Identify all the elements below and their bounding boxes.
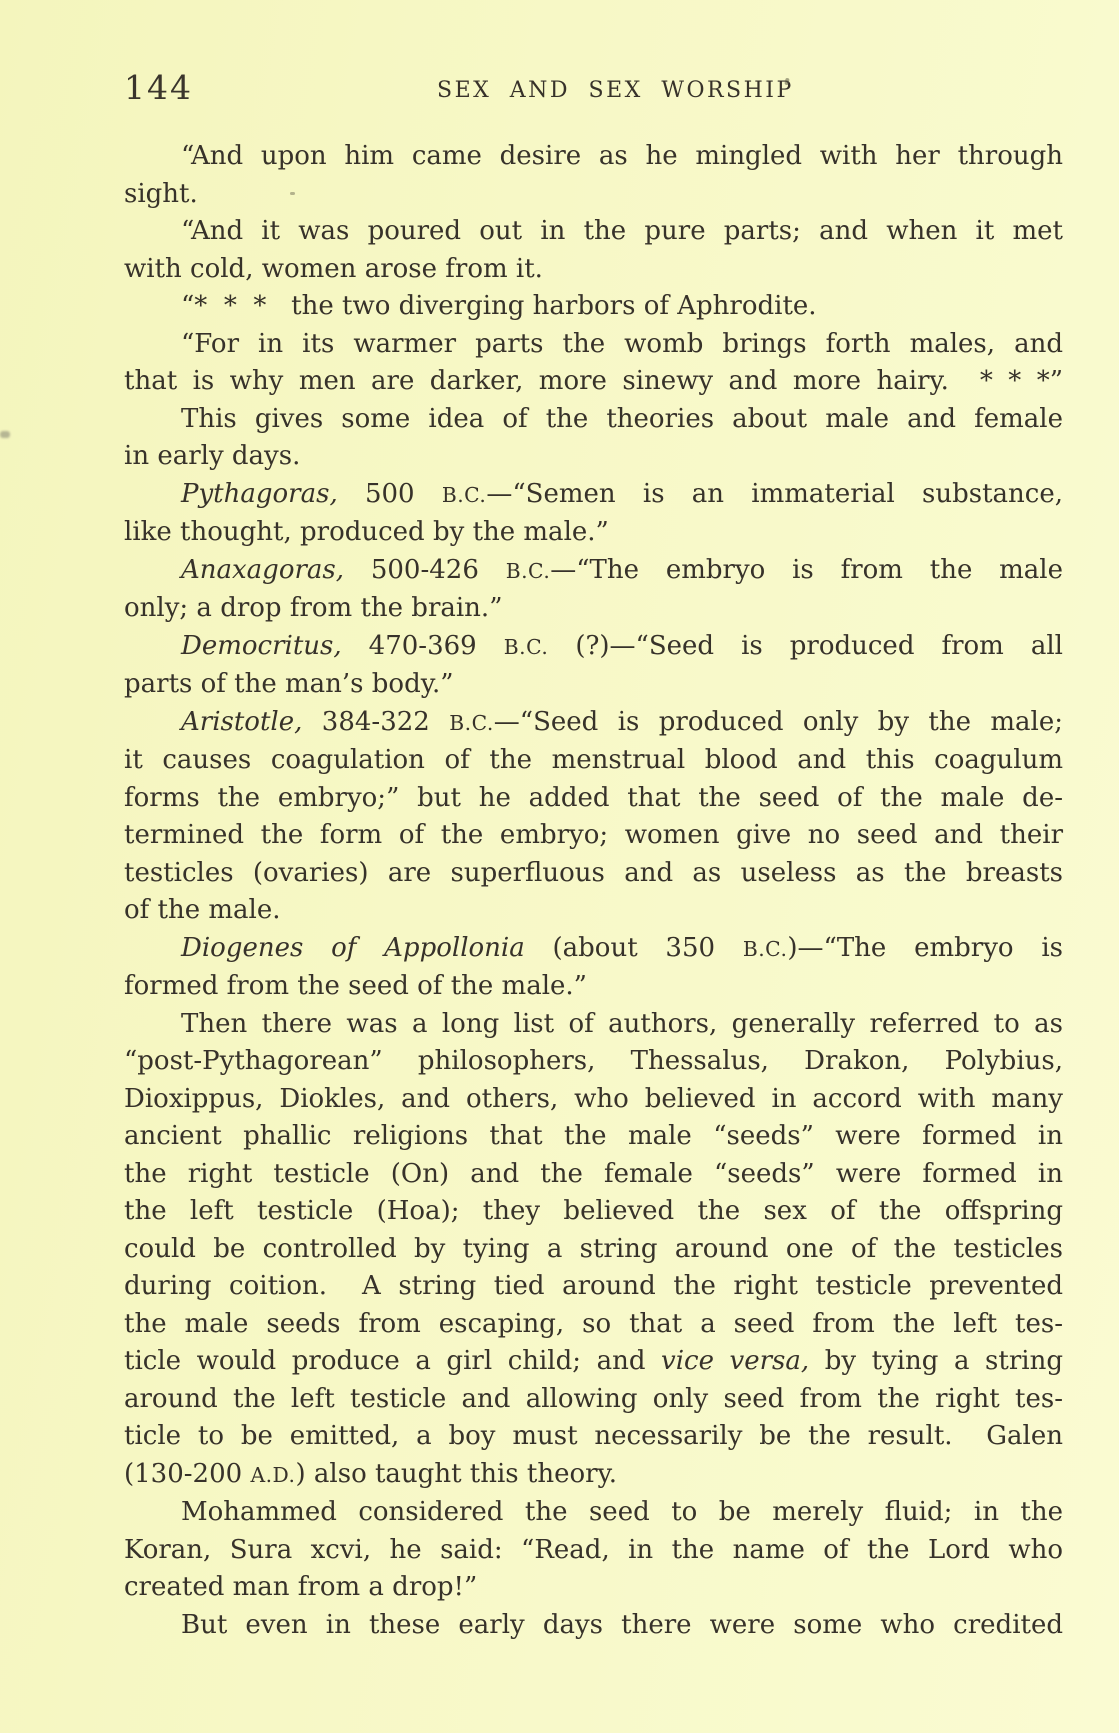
smallcaps-text: B.C. [743,937,788,961]
text-segment: during coition. A string tied around the… [124,1271,1063,1301]
text-line: it causes coagulation of the menstrual b… [124,742,1063,780]
text-segment: ticle to be emitted, a boy must necessar… [124,1421,1063,1451]
text-line: only; a drop from the brain.” [124,590,1063,628]
paragraph: Anaxagoras, 500-426 B.C.—“The embryo is … [124,552,1063,628]
text-segment: —“Seed is produced only by the male; [494,707,1063,737]
italic-text: Aristotle, [181,707,302,737]
smallcaps-text: B.C. [504,635,549,659]
text-segment: only; a drop from the brain.” [124,593,503,623]
text-segment: forms the embryo;” but he added that the… [124,783,1063,813]
smallcaps-text: A.D. [250,1463,295,1487]
running-header: SEX AND SEX WORSHIP [437,80,794,102]
text-line: of the male. [124,892,1063,930]
italic-text: vice versa, [661,1346,809,1376]
text-segment: like thought, produced by the male.” [124,517,609,547]
page-text: “And upon him came desire as he mingled … [124,138,1063,1644]
text-line: “* * * the two diverging harbors of Aphr… [124,288,1063,326]
paragraph: “And upon him came desire as he mingled … [124,138,1063,213]
italic-text: Democritus, [181,631,342,661]
paragraph: Diogenes of Appollonia (about 350 B.C.)—… [124,930,1063,1006]
text-line: ticle to be emitted, a boy must necessar… [124,1418,1063,1456]
text-segment: termined the form of the embryo; women g… [124,820,1063,850]
text-segment: formed from the seed of the male.” [124,971,587,1001]
text-segment: ancient phallic religions that the male … [124,1121,1063,1151]
text-segment: the right testicle (On) and the female “… [124,1159,1063,1189]
text-segment: with cold, women arose from it. [124,254,543,284]
text-segment: (130-200 [124,1459,250,1489]
text-segment: “For in its warmer parts the womb brings… [181,329,1063,359]
text-line: could be controlled by tying a string ar… [124,1231,1063,1269]
text-segment: This gives some idea of the theories abo… [181,404,1063,434]
text-segment: Koran, Sura xcvi, he said: “Read, in the… [124,1535,1063,1565]
text-segment: —“Semen is an immaterial substance, [486,479,1063,509]
text-line: Aristotle, 384-322 B.C.—“Seed is produce… [124,704,1063,743]
paragraph: Aristotle, 384-322 B.C.—“Seed is produce… [124,704,1063,930]
text-line: testicles (ovaries) are superfluous and … [124,855,1063,893]
text-segment: of the male. [124,895,281,925]
text-segment: —“The embryo is from the male [550,555,1063,585]
text-line: Dioxippus, Diokles, and others, who beli… [124,1081,1063,1119]
scan-speck [290,192,295,195]
text-line: “post-Pythagorean” philosophers, Thessal… [124,1043,1063,1081]
text-line: the left testicle (Hoa); they believed t… [124,1193,1063,1231]
paragraph: But even in these early days there were … [124,1607,1063,1645]
paragraph: “For in its warmer parts the womb brings… [124,326,1063,401]
text-segment: that is why men are darker, more sinewy … [124,366,1063,396]
text-line: Koran, Sura xcvi, he said: “Read, in the… [124,1532,1063,1570]
text-segment: parts of the man’s body.” [124,669,454,699]
text-segment: ticle would produce a girl child; and [124,1346,661,1376]
paragraph: “And it was poured out in the pure parts… [124,213,1063,288]
text-segment: Dioxippus, Diokles, and others, who beli… [124,1084,1063,1114]
text-line: Then there was a long list of authors, g… [124,1006,1063,1044]
text-line: (130-200 A.D.) also taught this theory. [124,1456,1063,1495]
smallcaps-text: B.C. [442,483,487,507]
paragraph: Democritus, 470-369 B.C. (?)—“Seed is pr… [124,628,1063,704]
text-segment: the left testicle (Hoa); they believed t… [124,1196,1063,1226]
text-segment: )—“The embryo is [787,933,1063,963]
text-segment: “And upon him came desire as he mingled … [181,141,1063,171]
text-segment: the male seeds from escaping, so that a … [124,1309,1063,1339]
text-segment: testicles (ovaries) are superfluous and … [124,858,1063,888]
text-line: Anaxagoras, 500-426 B.C.—“The embryo is … [124,552,1063,591]
text-segment: Mohammed considered the seed to be merel… [181,1497,1063,1527]
page-number: 144 [124,71,193,104]
paragraph: Then there was a long list of authors, g… [124,1006,1063,1495]
text-segment: “And it was poured out in the pure parts… [181,216,1063,246]
paragraph: “* * * the two diverging harbors of Aphr… [124,288,1063,326]
text-line: that is why men are darker, more sinewy … [124,363,1063,401]
text-segment: in early days. [124,441,300,471]
text-line: “And it was poured out in the pure parts… [124,213,1063,251]
text-line: forms the embryo;” but he added that the… [124,780,1063,818]
text-segment: Then there was a long list of authors, g… [181,1009,1063,1039]
text-line: “And upon him came desire as he mingled … [124,138,1063,176]
scan-smudge [0,431,10,438]
paragraph: Pythagoras, 500 B.C.—“Semen is an immate… [124,476,1063,552]
text-segment: (?)—“Seed is produced from all [548,631,1063,661]
text-line: ancient phallic religions that the male … [124,1118,1063,1156]
text-line: around the left testicle and allowing on… [124,1381,1063,1419]
text-segment: 500 [338,479,442,509]
text-segment: created man from a drop!” [124,1572,477,1602]
text-segment: 500-426 [344,555,506,585]
paragraph: This gives some idea of the theories abo… [124,401,1063,476]
text-line: ticle would produce a girl child; and vi… [124,1343,1063,1381]
book-page: 144 SEX AND SEX WORSHIP “And upon him ca… [0,0,1119,1733]
text-segment: “* * * the two diverging harbors of Aphr… [181,291,817,321]
text-line: “For in its warmer parts the womb brings… [124,326,1063,364]
text-line: Diogenes of Appollonia (about 350 B.C.)—… [124,930,1063,969]
text-line: during coition. A string tied around the… [124,1268,1063,1306]
text-line: like thought, produced by the male.” [124,514,1063,552]
text-segment: But even in these early days there were … [181,1610,1063,1640]
text-line: the male seeds from escaping, so that a … [124,1306,1063,1344]
text-segment: (about 350 [525,933,743,963]
italic-text: Anaxagoras, [181,555,344,585]
paragraph: Mohammed considered the seed to be merel… [124,1494,1063,1607]
text-line: Mohammed considered the seed to be merel… [124,1494,1063,1532]
text-line: termined the form of the embryo; women g… [124,817,1063,855]
text-segment: 470-369 [342,631,504,661]
text-segment: sight. [124,179,198,209]
text-segment: it causes coagulation of the menstrual b… [124,745,1063,775]
text-line: in early days. [124,438,1063,476]
text-line: But even in these early days there were … [124,1607,1063,1645]
text-line: formed from the seed of the male.” [124,968,1063,1006]
text-line: Democritus, 470-369 B.C. (?)—“Seed is pr… [124,628,1063,667]
text-segment: 384-322 [302,707,449,737]
text-line: with cold, women arose from it. [124,251,1063,289]
smallcaps-text: B.C. [506,559,551,583]
text-line: the right testicle (On) and the female “… [124,1156,1063,1194]
text-segment: ) also taught this theory. [296,1459,618,1489]
text-segment: “post-Pythagorean” philosophers, Thessal… [124,1046,1063,1076]
text-line: Pythagoras, 500 B.C.—“Semen is an immate… [124,476,1063,515]
text-line: sight. [124,176,1063,214]
text-line: created man from a drop!” [124,1569,1063,1607]
italic-text: Diogenes of Appollonia [181,933,525,963]
italic-text: Pythagoras, [181,479,338,509]
text-line: This gives some idea of the theories abo… [124,401,1063,439]
text-line: parts of the man’s body.” [124,666,1063,704]
text-segment: around the left testicle and allowing on… [124,1384,1063,1414]
text-segment: by tying a string [809,1346,1063,1376]
smallcaps-text: B.C. [449,711,494,735]
text-segment: could be controlled by tying a string ar… [124,1234,1063,1264]
